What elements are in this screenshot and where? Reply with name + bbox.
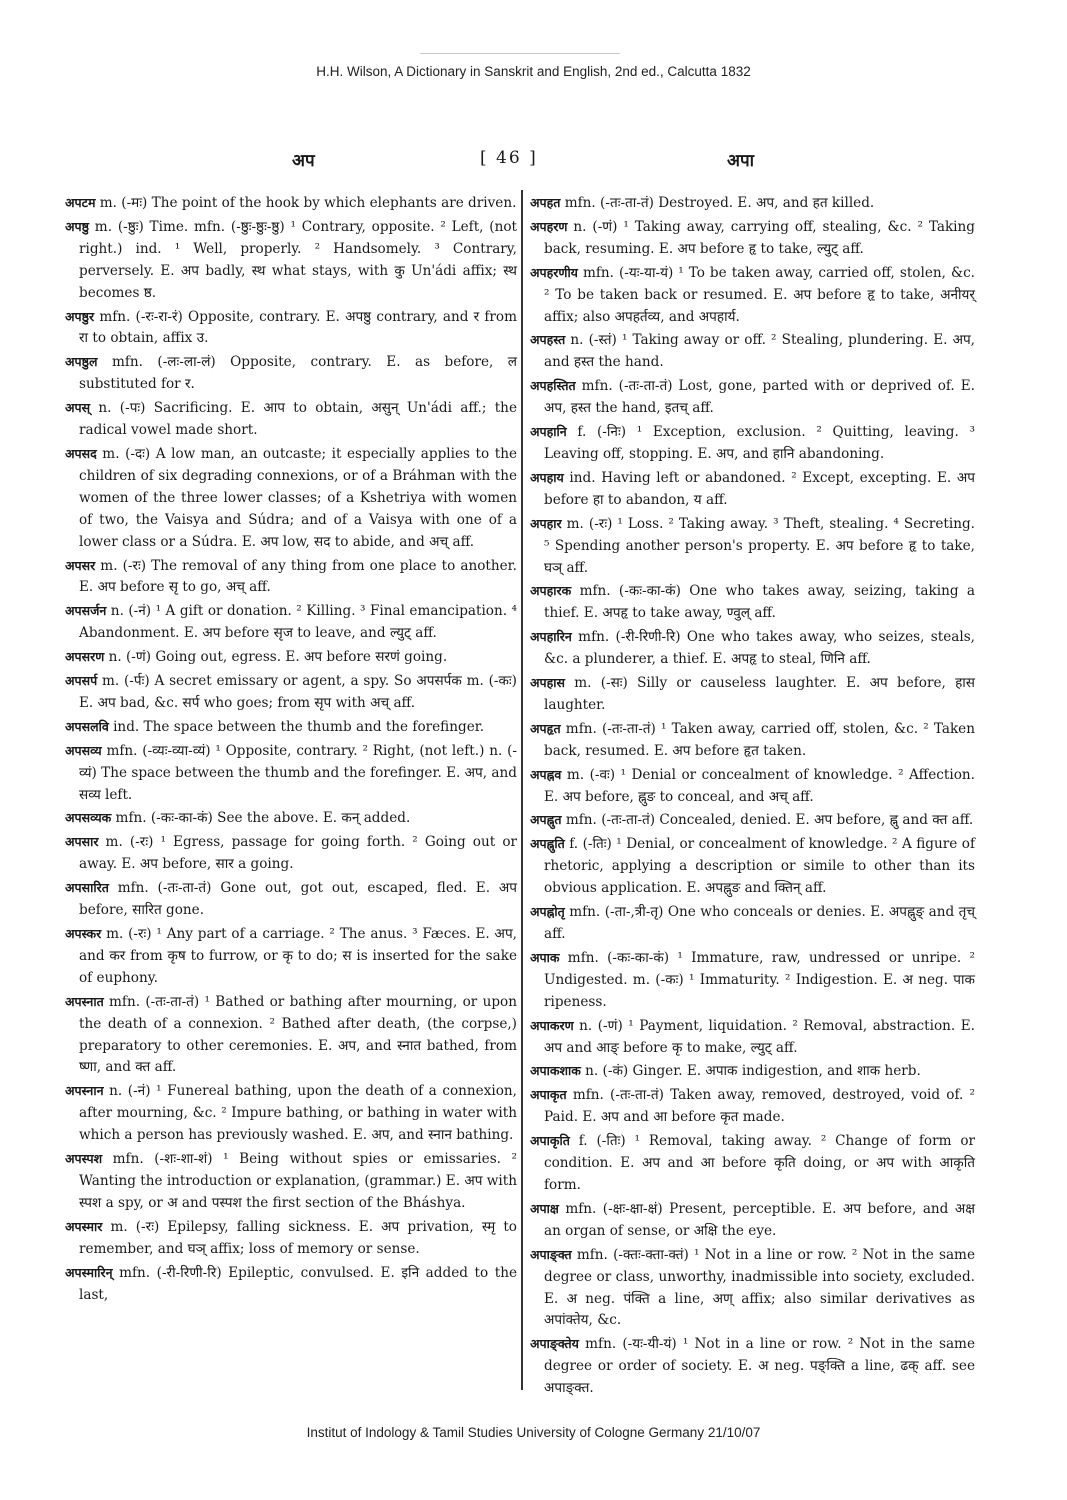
entry-definition: mfn. (-ता-,त्री-तृ) One who conceals or … [544, 904, 975, 942]
headword: अपहस्तित [530, 378, 576, 393]
headword: अपस्नात [65, 994, 104, 1009]
entry-definition: m. (-सः) Silly or causeless laughter. E.… [544, 675, 975, 713]
dictionary-entry: अपाङ्क्तेय mfn. (-यः-यी-यं) ¹ Not in a l… [530, 1333, 975, 1400]
headword: अपहत [530, 195, 560, 210]
headword: अपसव्य [65, 743, 102, 758]
headword: अपस् [65, 400, 90, 415]
dictionary-entry: अपाङ्क्त mfn. (-क्तः-क्ता-क्तं) ¹ Not in… [530, 1244, 975, 1333]
entry-definition: mfn. (-तः-ता-तं) ¹ Bathed or bathing aft… [79, 994, 517, 1076]
dictionary-entry: अपहास m. (-सः) Silly or causeless laught… [530, 672, 975, 717]
dictionary-entry: अपष्ठुल mfn. (-लः-ला-लं) Opposite, contr… [65, 351, 517, 396]
entry-definition: f. (-निः) ¹ Exception, exclusion. ² Quit… [544, 424, 975, 462]
running-head-right: अपा [727, 148, 754, 171]
headword: अपाकृति [530, 1133, 570, 1148]
headword: अपाकशाक [530, 1063, 581, 1078]
dictionary-entry: अपहार m. (-रः) ¹ Loss. ² Taking away. ³ … [530, 513, 975, 580]
entry-definition: mfn. (-कः-का-कं) See the above. E. कन् a… [111, 810, 410, 826]
headword: अपसारित [65, 880, 109, 895]
entry-definition: f. (-तिः) ¹ Denial, or concealment of kn… [544, 836, 975, 896]
headword: अपसव्यक [65, 810, 111, 825]
entry-definition: n. (-कं) Ginger. E. अपाक indigestion, an… [581, 1063, 921, 1079]
dictionary-entry: अपहानि f. (-निः) ¹ Exception, exclusion.… [530, 421, 975, 466]
headword: अपहारक [530, 583, 571, 598]
dictionary-entry: अपस् n. (-पः) Sacrificing. E. आप to obta… [65, 397, 517, 442]
page-number: [ 46 ] [480, 148, 538, 168]
dictionary-entry: अपाक mfn. (-कः-का-कं) ¹ Immature, raw, u… [530, 947, 975, 1014]
headword: अपाक [530, 950, 560, 965]
running-head-left: अप [292, 148, 315, 171]
entry-definition: mfn. (-री-रिणी-रि) One who takes away, w… [544, 629, 975, 667]
dictionary-entry: अपटम m. (-मः) The point of the hook by w… [65, 192, 517, 215]
dictionary-entry: अपसार m. (-रः) ¹ Egress, passage for goi… [65, 831, 517, 876]
dictionary-entry: अपस्कर m. (-रः) ¹ Any part of a carriage… [65, 923, 517, 990]
entry-definition: mfn. (-कः-का-कं) One who takes away, sei… [544, 583, 975, 621]
footer-credit: Institut of Indology & Tamil Studies Uni… [0, 1425, 1067, 1440]
dictionary-entry: अपसव्य mfn. (-व्यः-व्या-व्यं) ¹ Opposite… [65, 740, 517, 807]
dictionary-entry: अपाक्ष mfn. (-क्षः-क्षा-क्षं) Present, p… [530, 1198, 975, 1243]
entry-definition: ind. Having left or abandoned. ² Except,… [544, 470, 975, 508]
headword: अपसलवि [65, 719, 109, 734]
entry-definition: mfn. (-तः-ता-तं) Destroyed. E. अप, and ह… [560, 195, 874, 211]
entry-definition: mfn. (-लः-ला-लं) Opposite, contrary. E. … [79, 354, 517, 392]
headword: अपस्पश [65, 1151, 102, 1166]
headword: अपसरण [65, 649, 104, 664]
dictionary-entry: अपसव्यक mfn. (-कः-का-कं) See the above. … [65, 807, 517, 830]
source-banner: H.H. Wilson, A Dictionary in Sanskrit an… [0, 64, 1067, 79]
dictionary-entry: अपहरणीय mfn. (-यः-या-यं) ¹ To be taken a… [530, 262, 975, 329]
dictionary-entry: अपहस्तित mfn. (-तः-ता-तं) Lost, gone, pa… [530, 375, 975, 420]
dictionary-entry: अपस्मारिन् mfn. (-री-रिणी-रि) Epileptic,… [65, 1262, 517, 1307]
entry-definition: mfn. (-तः-ता-तं) Lost, gone, parted with… [544, 378, 975, 416]
dictionary-entry: अपसद m. (-दः) A low man, an outcaste; it… [65, 443, 517, 554]
entry-definition: n. (-णं) ¹ Payment, liquidation. ² Remov… [544, 1018, 975, 1056]
dictionary-entry: अपहाय ind. Having left or abandoned. ² E… [530, 467, 975, 512]
headword: अपाङ्क्त [530, 1247, 572, 1262]
headword: अपष्ठु [65, 219, 89, 234]
headword: अपटम [65, 195, 95, 210]
dictionary-entry: अपहत mfn. (-तः-ता-तं) Destroyed. E. अप, … [530, 192, 975, 215]
entry-definition: m. (-रः) The removal of any thing from o… [79, 558, 517, 596]
headword: अपाकरण [530, 1018, 574, 1033]
entry-definition: m. (-दः) A low man, an outcaste; it espe… [79, 446, 517, 550]
entry-definition: mfn. (-क्षः-क्षा-क्षं) Present, percepti… [544, 1201, 975, 1239]
dictionary-entry: अपहृत mfn. (-तः-ता-तं) ¹ Taken away, car… [530, 718, 975, 763]
headword: अपसर्जन [65, 603, 106, 618]
headword: अपह्नोतृ [530, 904, 565, 919]
dictionary-entry: अपह्नुत mfn. (-तः-ता-तं) Concealed, deni… [530, 809, 975, 832]
dictionary-entry: अपाकृति f. (-तिः) ¹ Removal, taking away… [530, 1130, 975, 1197]
right-column: अपहत mfn. (-तः-ता-तं) Destroyed. E. अप, … [530, 192, 975, 1401]
entry-definition: mfn. (-शः-शा-शं) ¹ Being without spies o… [79, 1151, 517, 1211]
entry-definition: ind. The space between the thumb and the… [109, 719, 484, 735]
entry-definition: mfn. (-रः-रा-रं) Opposite, contrary. E. … [79, 309, 517, 347]
entry-definition: n. (-नं) ¹ Funereal bathing, upon the de… [79, 1083, 517, 1143]
dictionary-entry: अपह्नव m. (-वः) ¹ Denial or concealment … [530, 764, 975, 809]
headword: अपष्ठुल [65, 354, 98, 369]
headword: अपाक्ष [530, 1201, 559, 1216]
headword: अपहृत [530, 721, 561, 736]
entry-definition: m. (-रः) ¹ Egress, passage for going for… [79, 834, 517, 872]
headword: अपहरणीय [530, 265, 578, 280]
headword: अपहास [530, 675, 565, 690]
entry-definition: n. (-स्तं) ¹ Taking away or off. ² Steal… [544, 332, 975, 370]
entry-definition: mfn. (-व्यः-व्या-व्यं) ¹ Opposite, contr… [79, 743, 517, 803]
dictionary-entry: अपसारित mfn. (-तः-ता-तं) Gone out, got o… [65, 877, 517, 922]
entry-definition: m. (-रः) ¹ Any part of a carriage. ² The… [79, 926, 517, 986]
entry-definition: mfn. (-तः-ता-तं) Concealed, denied. E. अ… [562, 812, 974, 828]
entry-definition: m. (-ष्ठुः) Time. mfn. (-ष्ठुः-ष्ठुः-ष्ठ… [79, 219, 517, 301]
dictionary-entry: अपाकृत mfn. (-तः-ता-तं) Taken away, remo… [530, 1084, 975, 1129]
headword: अपाकृत [530, 1087, 567, 1102]
dictionary-entry: अपस्पश mfn. (-शः-शा-शं) ¹ Being without … [65, 1148, 517, 1215]
entry-definition: n. (-णं) Going out, egress. E. अप before… [104, 649, 447, 665]
dictionary-entry: अपाकरण n. (-णं) ¹ Payment, liquidation. … [530, 1015, 975, 1060]
dictionary-entry: अपाकशाक n. (-कं) Ginger. E. अपाक indiges… [530, 1060, 975, 1083]
dictionary-entry: अपसर m. (-रः) The removal of any thing f… [65, 555, 517, 600]
headword: अपहानि [530, 424, 567, 439]
entry-definition: n. (-णं) ¹ Taking away, carrying off, st… [544, 219, 975, 257]
entry-definition: n. (-नं) ¹ A gift or donation. ² Killing… [79, 603, 517, 641]
entry-definition: mfn. (-क्तः-क्ता-क्तं) ¹ Not in a line o… [544, 1247, 975, 1329]
headword: अपसर्प [65, 673, 97, 688]
entry-definition: m. (-मः) The point of the hook by which … [95, 195, 516, 211]
entry-definition: n. (-पः) Sacrificing. E. आप to obtain, अ… [79, 400, 517, 438]
dictionary-entry: अपहारक mfn. (-कः-का-कं) One who takes aw… [530, 580, 975, 625]
dictionary-entry: अपसलवि ind. The space between the thumb … [65, 716, 517, 739]
dictionary-entry: अपस्नात mfn. (-तः-ता-तं) ¹ Bathed or bat… [65, 991, 517, 1080]
headword: अपस्नान [65, 1083, 104, 1098]
left-column: अपटम m. (-मः) The point of the hook by w… [65, 192, 517, 1307]
entry-definition: m. (-रः) Epilepsy, falling sickness. E. … [79, 1219, 517, 1257]
dictionary-entry: अपह्नुति f. (-तिः) ¹ Denial, or concealm… [530, 833, 975, 900]
dictionary-entry: अपसरण n. (-णं) Going out, egress. E. अप … [65, 646, 517, 669]
entry-definition: mfn. (-यः-यी-यं) ¹ Not in a line or row.… [544, 1336, 975, 1396]
dictionary-entry: अपस्नान n. (-नं) ¹ Funereal bathing, upo… [65, 1080, 517, 1147]
dictionary-entry: अपहारिन mfn. (-री-रिणी-रि) One who takes… [530, 626, 975, 671]
headword: अपह्नुत [530, 812, 562, 827]
headword: अपष्ठुर [65, 309, 94, 324]
entry-definition: mfn. (-कः-का-कं) ¹ Immature, raw, undres… [544, 950, 975, 1010]
column-divider [521, 190, 523, 1390]
headword: अपस्मारिन् [65, 1265, 113, 1280]
entry-definition: mfn. (-तः-ता-तं) Taken away, removed, de… [544, 1087, 975, 1125]
entry-definition: m. (-वः) ¹ Denial or concealment of know… [544, 767, 975, 805]
dictionary-entry: अपष्ठु m. (-ष्ठुः) Time. mfn. (-ष्ठुः-ष्… [65, 216, 517, 305]
dictionary-entry: अपहरण n. (-णं) ¹ Taking away, carrying o… [530, 216, 975, 261]
entry-definition: mfn. (-री-रिणी-रि) Epileptic, convulsed.… [79, 1265, 517, 1303]
dictionary-entry: अपष्ठुर mfn. (-रः-रा-रं) Opposite, contr… [65, 306, 517, 351]
headword: अपसर [65, 558, 95, 573]
headword: अपहाय [530, 470, 564, 485]
dictionary-entry: अपस्मार m. (-रः) Epilepsy, falling sickn… [65, 1216, 517, 1261]
headword: अपहार [530, 516, 562, 531]
dictionary-entry: अपसर्प m. (-र्पः) A secret emissary or a… [65, 670, 517, 715]
entry-definition: mfn. (-यः-या-यं) ¹ To be taken away, car… [544, 265, 975, 325]
dictionary-entry: अपसर्जन n. (-नं) ¹ A gift or donation. ²… [65, 600, 517, 645]
running-head: अप [ 46 ] अपा [0, 148, 1067, 178]
headword: अपहारिन [530, 629, 572, 644]
headword: अपस्मार [65, 1219, 102, 1234]
scan-artifact-rule [420, 53, 620, 54]
entry-definition: mfn. (-तः-ता-तं) ¹ Taken away, carried o… [544, 721, 975, 759]
dictionary-entry: अपह्नोतृ mfn. (-ता-,त्री-तृ) One who con… [530, 901, 975, 946]
headword: अपस्कर [65, 926, 101, 941]
entry-definition: mfn. (-तः-ता-तं) Gone out, got out, esca… [79, 880, 517, 918]
dictionary-entry: अपहस्त n. (-स्तं) ¹ Taking away or off. … [530, 329, 975, 374]
headword: अपहरण [530, 219, 567, 234]
entry-definition: m. (-रः) ¹ Loss. ² Taking away. ³ Theft,… [544, 516, 975, 576]
headword: अपहस्त [530, 332, 565, 347]
headword: अपसार [65, 834, 98, 849]
headword: अपाङ्क्तेय [530, 1336, 579, 1351]
headword: अपह्नव [530, 767, 561, 782]
headword: अपह्नुति [530, 836, 565, 851]
entry-definition: f. (-तिः) ¹ Removal, taking away. ² Chan… [544, 1133, 975, 1193]
entry-definition: m. (-र्पः) A secret emissary or agent, a… [79, 673, 517, 711]
headword: अपसद [65, 446, 97, 461]
